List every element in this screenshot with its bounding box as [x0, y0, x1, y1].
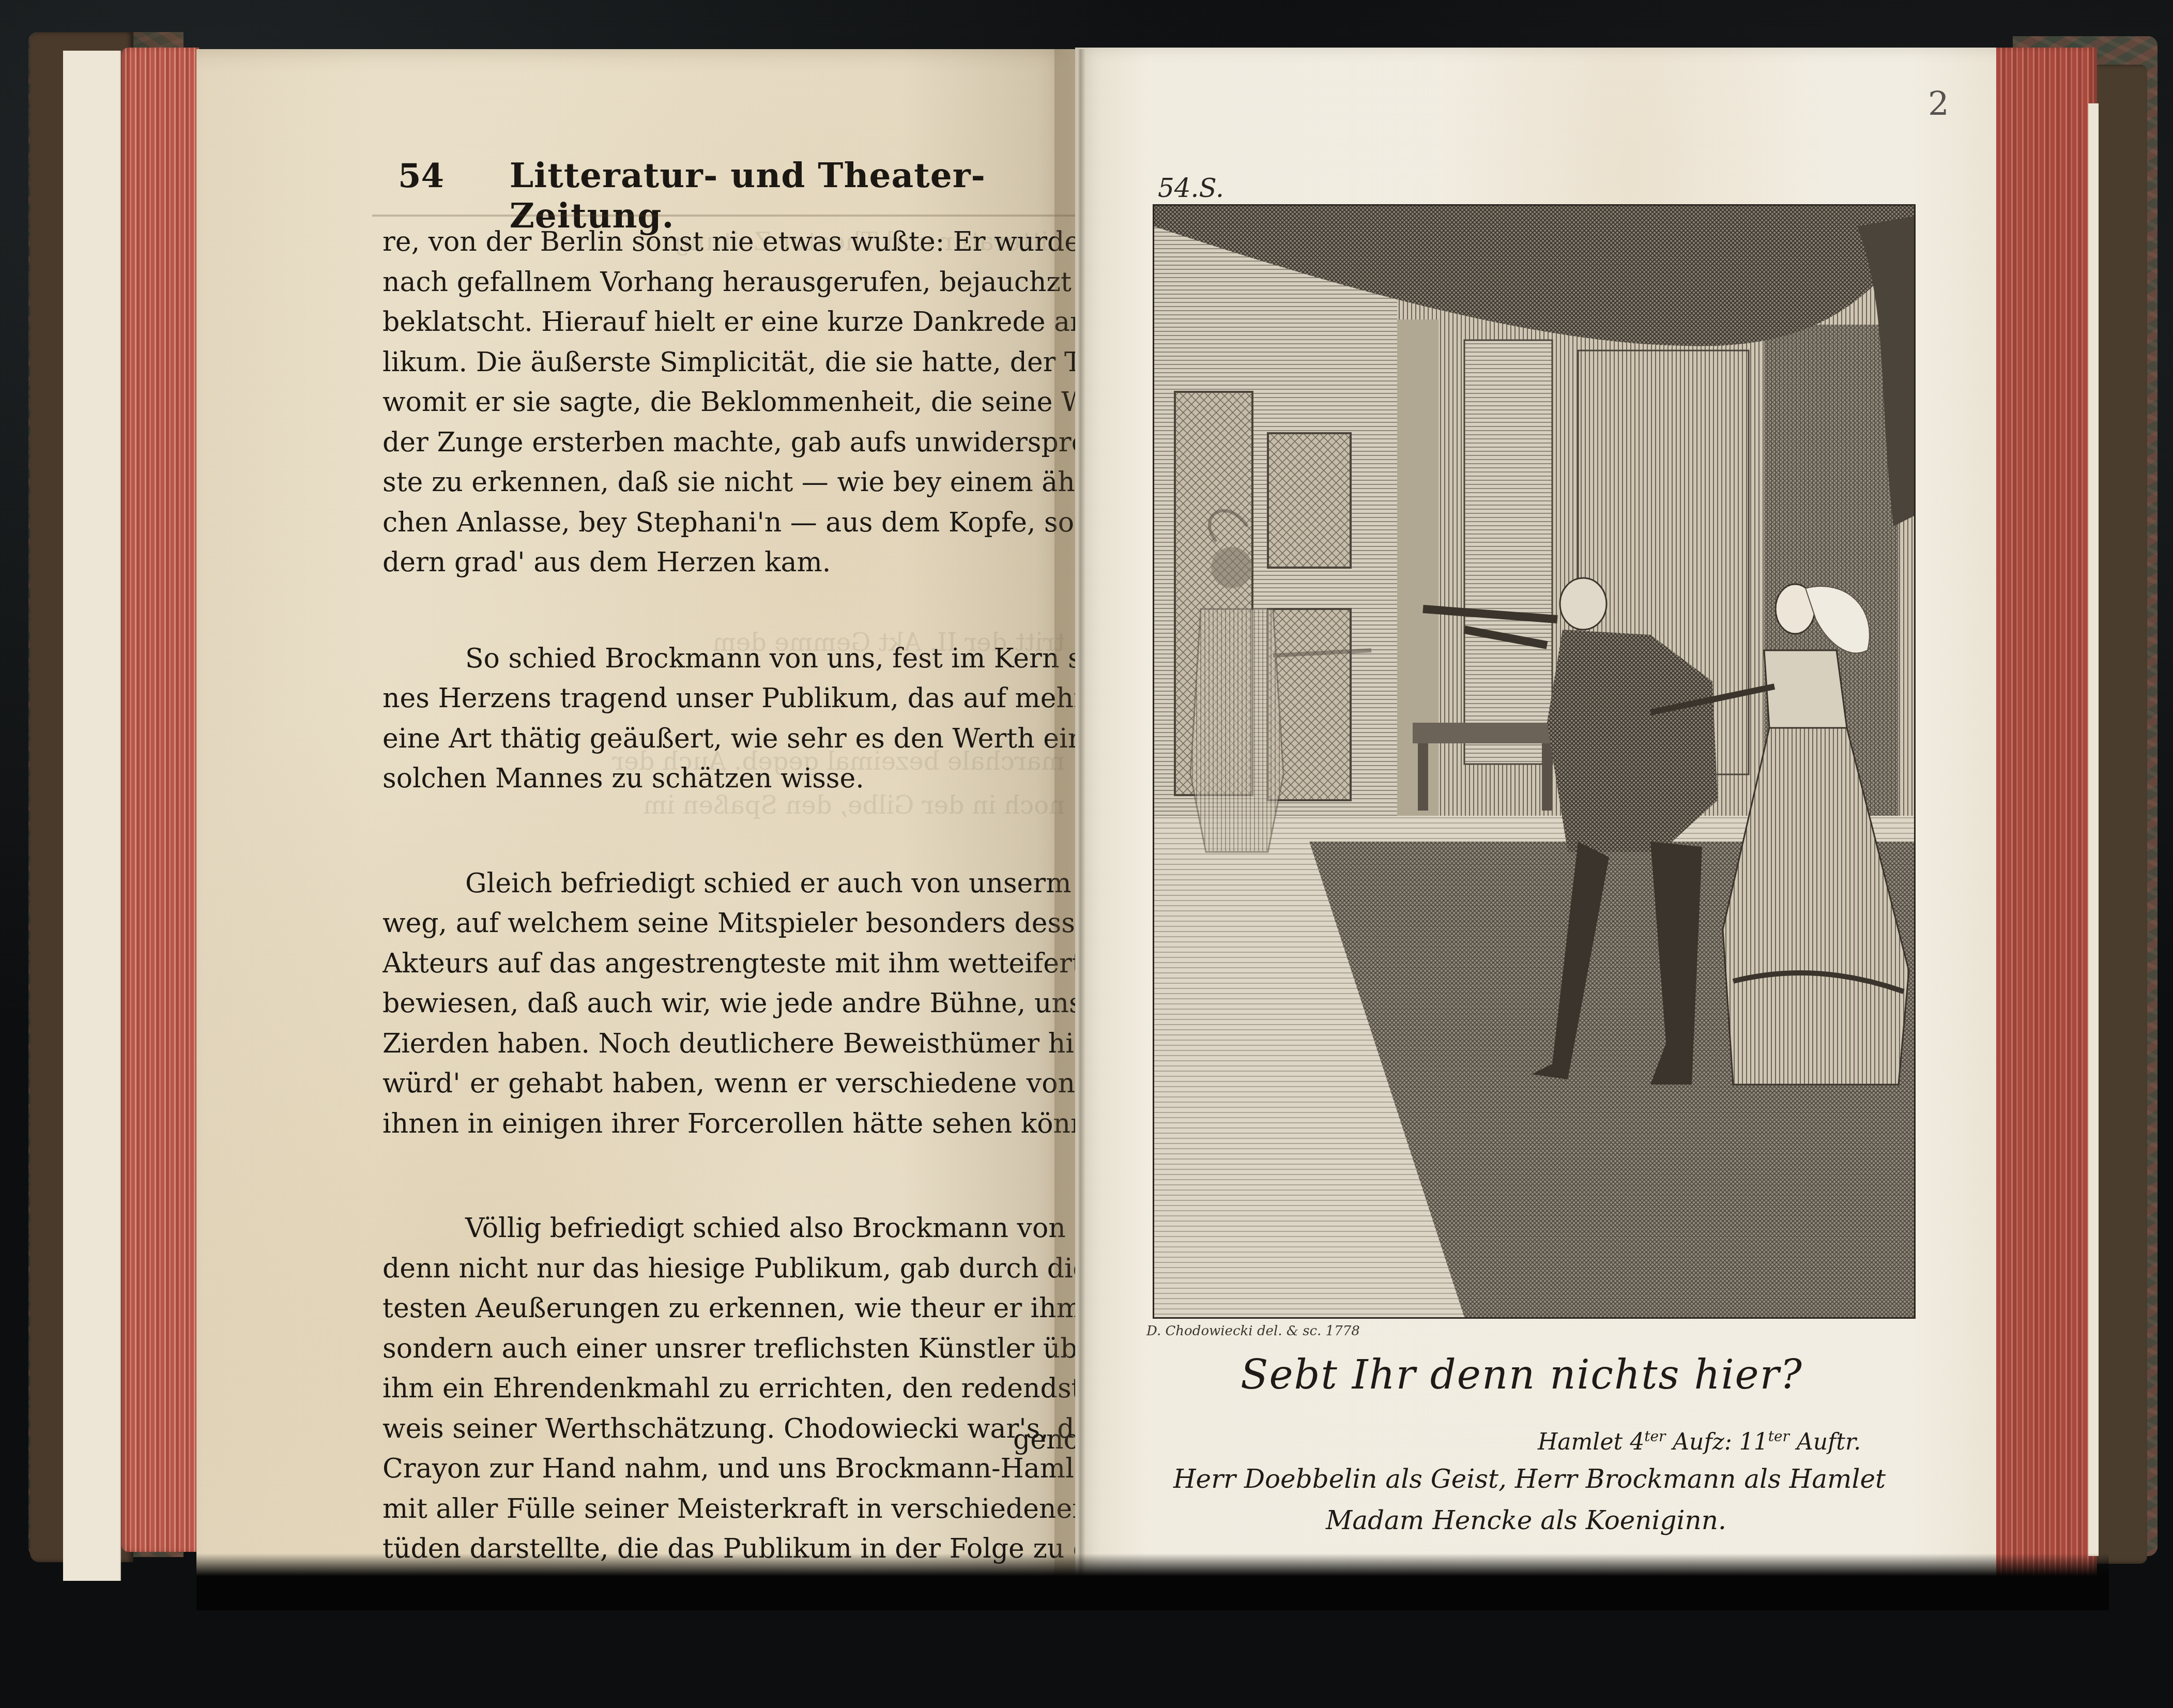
text-line: Gleich befriedigt schied er auch von uns… [382, 864, 1075, 904]
act-label: Aufz: [1673, 1429, 1732, 1455]
engraving-illustration [1153, 204, 1916, 1319]
endpaper-right [2088, 103, 2099, 1556]
hamlet-scene-engraving [1154, 206, 1914, 1317]
text-line: dern grad' aus dem Herzen kam. [382, 543, 1075, 583]
text-line: womit er sie sagte, die Beklommenheit, d… [382, 383, 1075, 423]
text-line: eine Art thätig geäußert, wie sehr es de… [382, 719, 1075, 759]
text-line: weg, auf welchem seine Mitspieler besond… [382, 904, 1075, 944]
text-line: Völlig befriedigt schied also Brockmann … [382, 1209, 1075, 1249]
text-line: Zierden haben. Noch deutlichere Beweisth… [382, 1024, 1075, 1064]
red-fore-edge-right [1996, 48, 2097, 1578]
plate-reference: 54.S. [1158, 173, 1224, 203]
paragraph-3: Gleich befriedigt schied er auch von uns… [382, 864, 1075, 1145]
text-line: Akteurs auf das angestrengteste mit ihm … [382, 944, 1075, 984]
text-line: nach gefallnem Vorhang herausgerufen, be… [382, 263, 1075, 303]
text-line: ihnen in einigen ihrer Forcerollen hätte… [382, 1104, 1075, 1145]
text-line: der Zunge ersterben machte, gab aufs unw… [382, 423, 1075, 463]
text-line: denn nicht nur das hiesige Publikum, gab… [382, 1249, 1075, 1289]
play-name: Hamlet [1538, 1429, 1623, 1455]
text-line: ste zu erkennen, daß sie nicht — wie bey… [382, 463, 1075, 503]
text-line: re, von der Berlin sonst nie etwas wußte… [382, 222, 1075, 263]
endpaper-left [63, 51, 121, 1581]
text-line: bewiesen, daß auch wir, wie jede andre B… [382, 984, 1075, 1024]
text-line: solchen Mannes zu schätzen wisse. [382, 759, 1075, 799]
text-line: likum. Die äußerste Simplicität, die sie… [382, 343, 1075, 383]
text-line: testen Aeußerungen zu erkennen, wie theu… [382, 1289, 1075, 1329]
scene-number: 11 [1739, 1429, 1768, 1455]
caption-title: Sebt Ihr denn nichts hier? [1241, 1352, 1912, 1398]
red-fore-edge-left [121, 48, 199, 1552]
act-ordinal: ter [1644, 1428, 1665, 1445]
page-number: 54 [398, 157, 510, 195]
scene-ordinal: ter [1768, 1428, 1789, 1445]
caption-cast-line-2: Madam Hencke als Koeniginn. [1326, 1505, 1726, 1535]
text-line: sondern auch einer unsrer treflichsten K… [382, 1329, 1075, 1369]
act-number: 4 [1630, 1429, 1644, 1455]
text-line: So schied Brockmann von uns, fest im Ker… [382, 639, 1075, 679]
bottom-shadow [196, 1553, 2109, 1610]
paragraph-2: So schied Brockmann von uns, fest im Ker… [382, 639, 1075, 799]
caption-scene: Hamlet 4ter Aufz: 11ter Auftr. [1538, 1428, 1861, 1455]
body-text: re, von der Berlin sonst nie etwas wußte… [382, 222, 1075, 1609]
text-line: weis seiner Werthschätzung. Chodowiecki … [382, 1409, 1075, 1450]
paragraph-4: Völlig befriedigt schied also Brockmann … [382, 1209, 1075, 1609]
text-line: würd' er gehabt haben, wenn er verschied… [382, 1064, 1075, 1104]
paragraph-1: re, von der Berlin sonst nie etwas wußte… [382, 222, 1075, 583]
scene-label: Auftr. [1797, 1429, 1861, 1455]
text-line: nes Herzens tragend unser Publikum, das … [382, 679, 1075, 719]
engraver-signature: D. Chodowiecki del. & sc. 1778 [1146, 1323, 1360, 1339]
text-line: ihm ein Ehrendenkmahl zu errichten, den … [382, 1369, 1075, 1409]
text-line: Crayon zur Hand nahm, und uns Brockmann-… [382, 1449, 1075, 1489]
text-line: mit aller Fülle seiner Meisterkraft in v… [382, 1489, 1075, 1530]
running-head: 54 Litteratur- und Theater-Zeitung. [398, 155, 1085, 212]
caption-cast-line-1: Herr Doebbelin als Geist, Herr Brockmann… [1173, 1464, 1886, 1494]
pencil-folio-number: 2 [1928, 85, 1949, 124]
text-line: chen Anlasse, bey Stephani'n — aus dem K… [382, 503, 1075, 543]
header-rule [372, 215, 1085, 217]
text-line: beklatscht. Hierauf hielt er eine kurze … [382, 302, 1075, 343]
